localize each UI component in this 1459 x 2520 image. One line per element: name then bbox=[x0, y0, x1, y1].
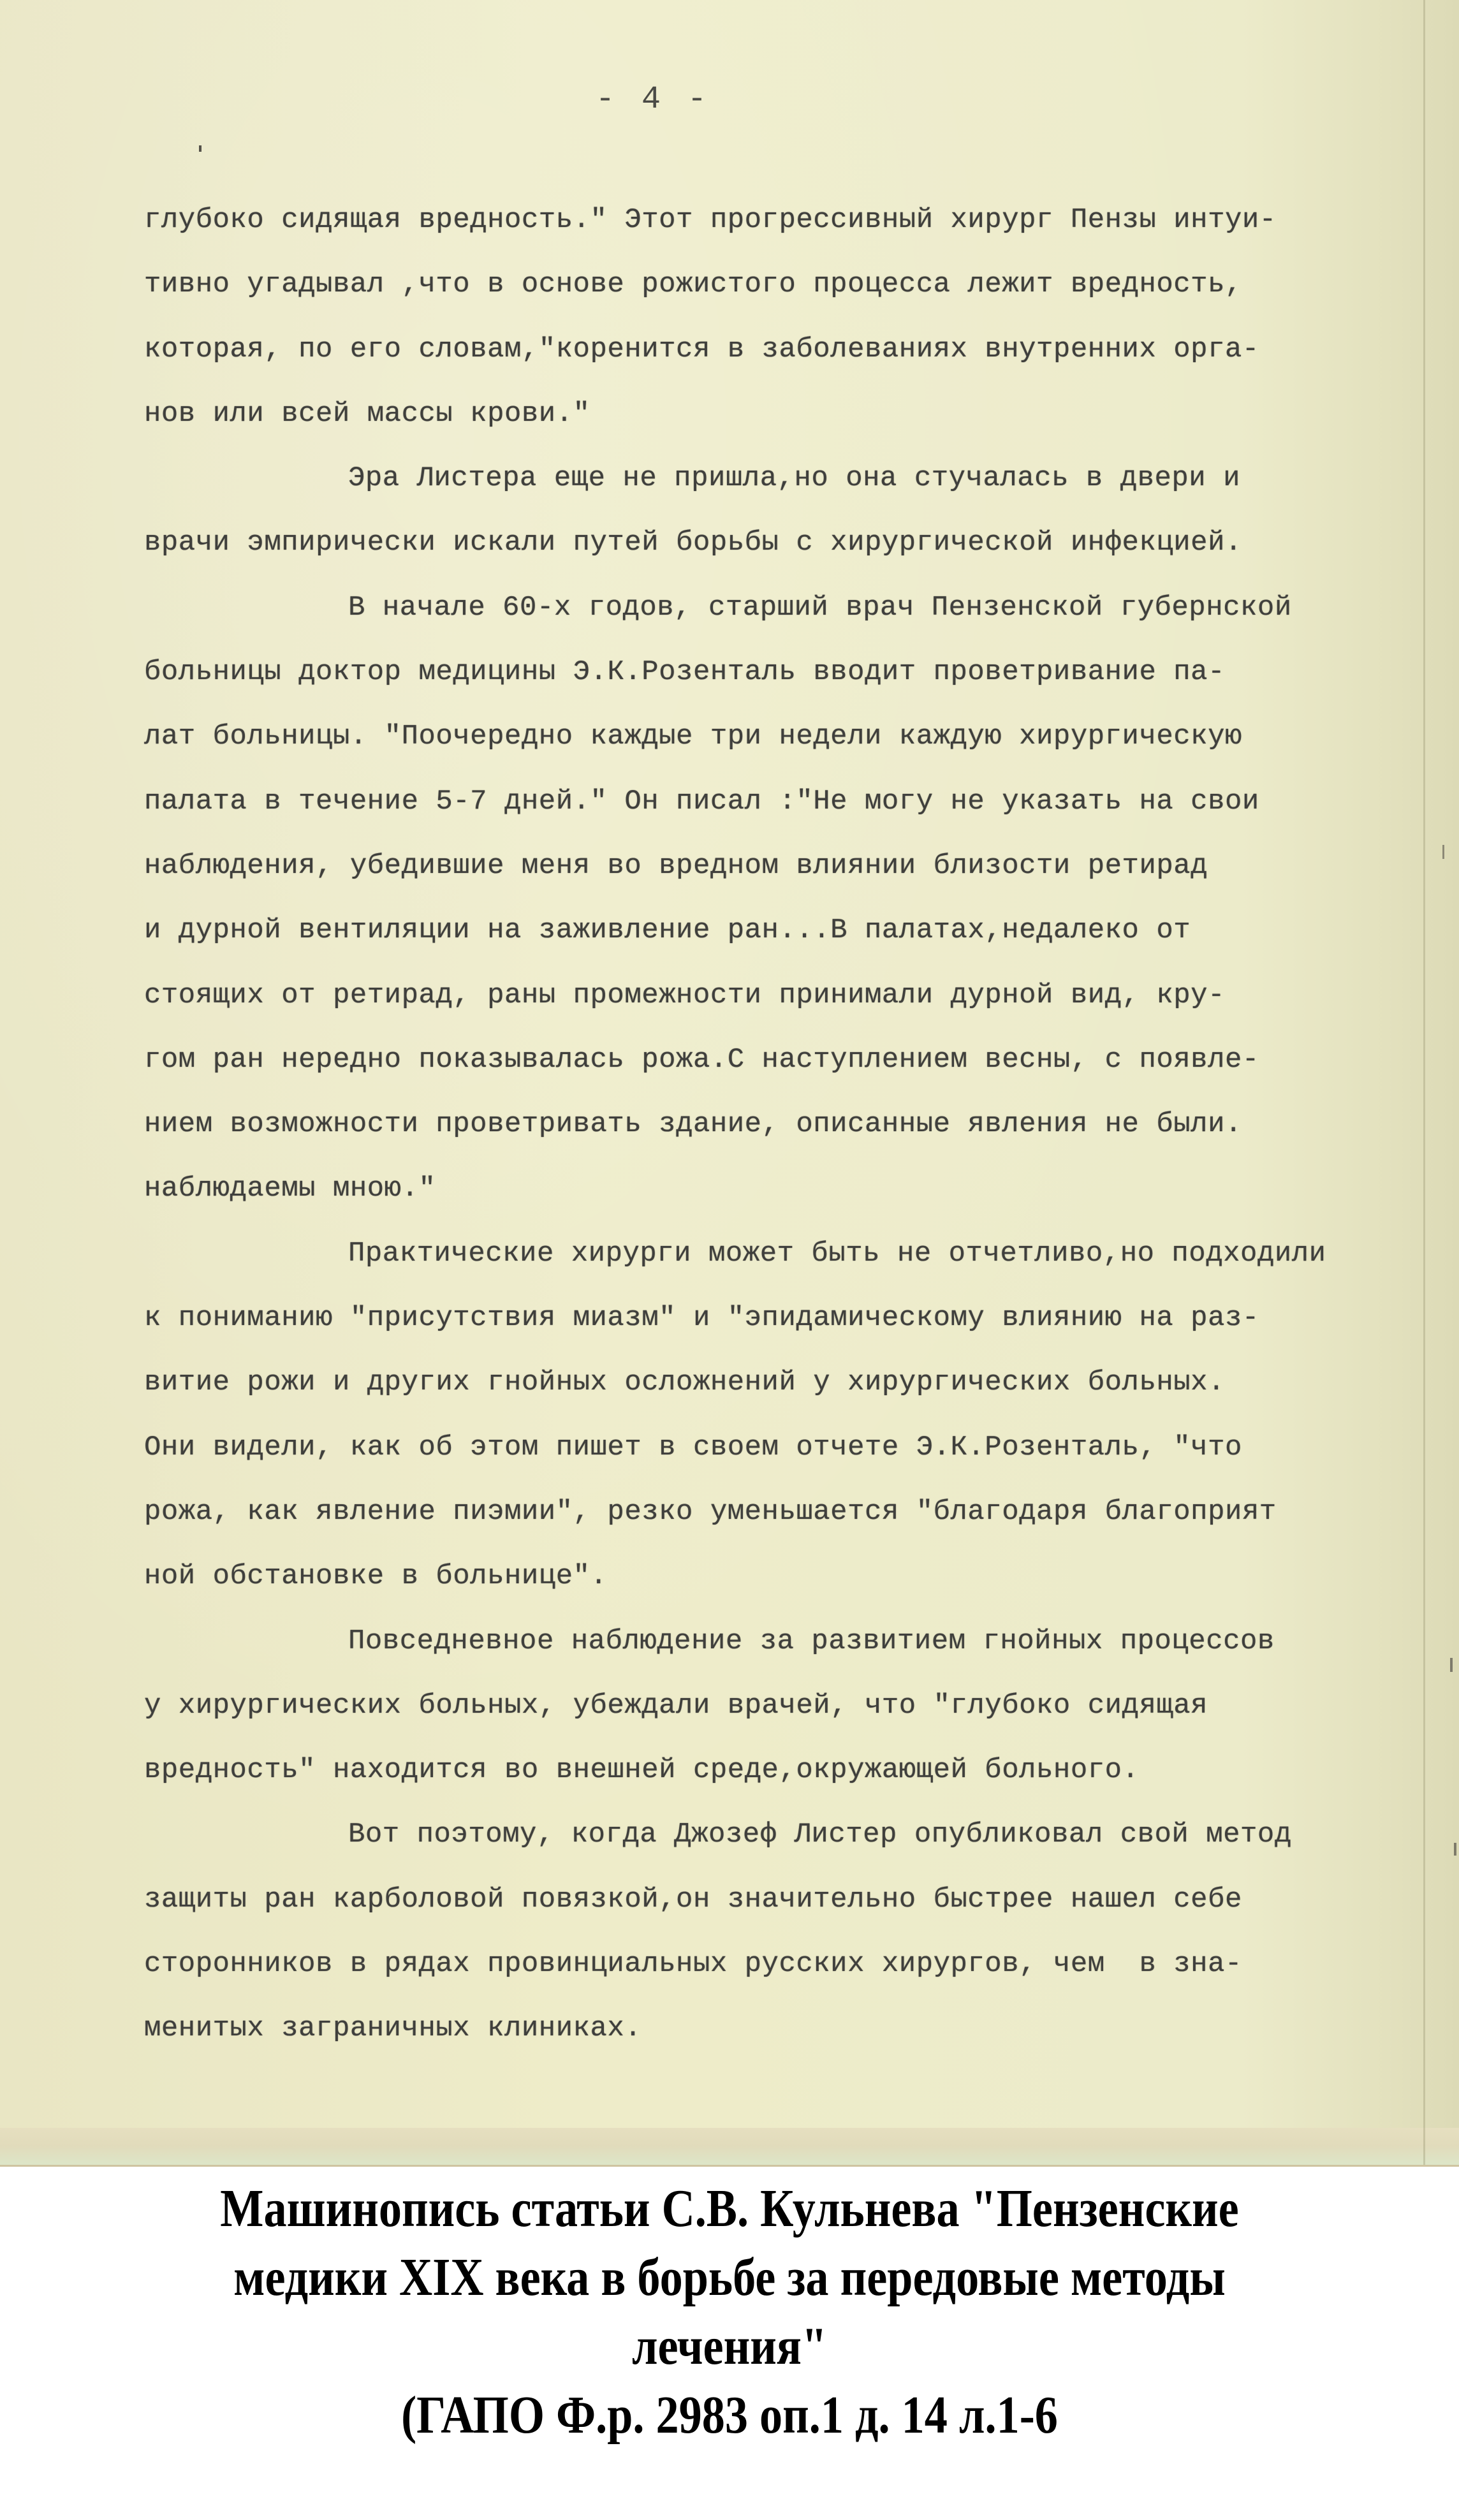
typed-line: Вот поэтому, когда Джозеф Листер опублик… bbox=[144, 1815, 1426, 1880]
typed-line: тивно угадывал ,что в основе рожистого п… bbox=[144, 265, 1426, 330]
typed-line: Практические хирурги может быть не отчет… bbox=[144, 1234, 1426, 1299]
stray-mark bbox=[1454, 1843, 1456, 1856]
typed-line: глубоко сидящая вредность." Этот прогрес… bbox=[144, 201, 1426, 265]
image-caption: Машинопись статьи С.В. Кульнева "Пензенс… bbox=[102, 2174, 1357, 2450]
typed-line: которая, по его словам,"коренится в забо… bbox=[144, 330, 1426, 395]
typed-line: витие рожи и других гнойных осложнений у… bbox=[144, 1363, 1426, 1428]
typed-line: наблюдения, убедившие меня во вредном вл… bbox=[144, 847, 1426, 911]
typed-line: вредность" находится во внешней среде,ок… bbox=[144, 1751, 1426, 1815]
typed-line: Эра Листера еще не пришла,но она стучала… bbox=[144, 459, 1426, 524]
caption-line: лечения" bbox=[102, 2312, 1357, 2381]
typed-line: нов или всей массы крови." bbox=[144, 395, 1426, 459]
caption-line: медики XIX века в борьбе за передовые ме… bbox=[102, 2243, 1357, 2312]
typewritten-body: глубоко сидящая вредность." Этот прогрес… bbox=[144, 201, 1426, 2074]
typed-line: нием возможности проветривать здание, оп… bbox=[144, 1105, 1426, 1169]
typed-line: защиты ран карболовой повязкой,он значит… bbox=[144, 1880, 1426, 1945]
typed-line: гом ран нередно показывалась рожа.С наст… bbox=[144, 1041, 1426, 1105]
typed-line: у хирургических больных, убеждали врачей… bbox=[144, 1687, 1426, 1751]
typed-line: и дурной вентиляции на заживление ран...… bbox=[144, 911, 1426, 976]
typed-line: ной обстановке в больнице". bbox=[144, 1557, 1426, 1622]
page-number: - 4 - bbox=[0, 82, 1459, 118]
typed-line: менитых заграничных клиниках. bbox=[144, 2009, 1426, 2074]
stray-mark bbox=[1450, 1658, 1453, 1672]
typed-line: рожа, как явление пиэмии", резко уменьша… bbox=[144, 1493, 1426, 1557]
typed-line: Повседневное наблюдение за развитием гно… bbox=[144, 1622, 1426, 1687]
typed-line: к пониманию "присутствия миазм" и "эпида… bbox=[144, 1299, 1426, 1363]
typed-line: Они видели, как об этом пишет в своем от… bbox=[144, 1428, 1426, 1493]
scanned-typescript-page: - 4 - глубоко сидящая вредность." Этот п… bbox=[0, 0, 1459, 2165]
caption-line: Машинопись статьи С.В. Кульнева "Пензенс… bbox=[102, 2174, 1357, 2243]
typed-line: палата в течение 5-7 дней." Он писал :"Н… bbox=[144, 782, 1426, 847]
stray-mark bbox=[1442, 845, 1444, 859]
typed-line: стоящих от ретирад, раны промежности при… bbox=[144, 976, 1426, 1041]
typed-line: больницы доктор медицины Э.К.Розенталь в… bbox=[144, 653, 1426, 717]
typed-line: наблюдаемы мною." bbox=[144, 1169, 1426, 1234]
typed-line: В начале 60-х годов, старший врач Пензен… bbox=[144, 589, 1426, 653]
typed-line: сторонников в рядах провинциальных русск… bbox=[144, 1945, 1426, 2009]
typed-line: лат больницы. "Поочередно каждые три нед… bbox=[144, 717, 1426, 782]
sheet-bottom-edge bbox=[0, 2128, 1459, 2167]
stray-mark bbox=[199, 145, 202, 152]
caption-line: (ГАПО Ф.р. 2983 оп.1 д. 14 л.1-6 bbox=[102, 2381, 1357, 2450]
typed-line: врачи эмпирически искали путей борьбы с … bbox=[144, 524, 1426, 588]
